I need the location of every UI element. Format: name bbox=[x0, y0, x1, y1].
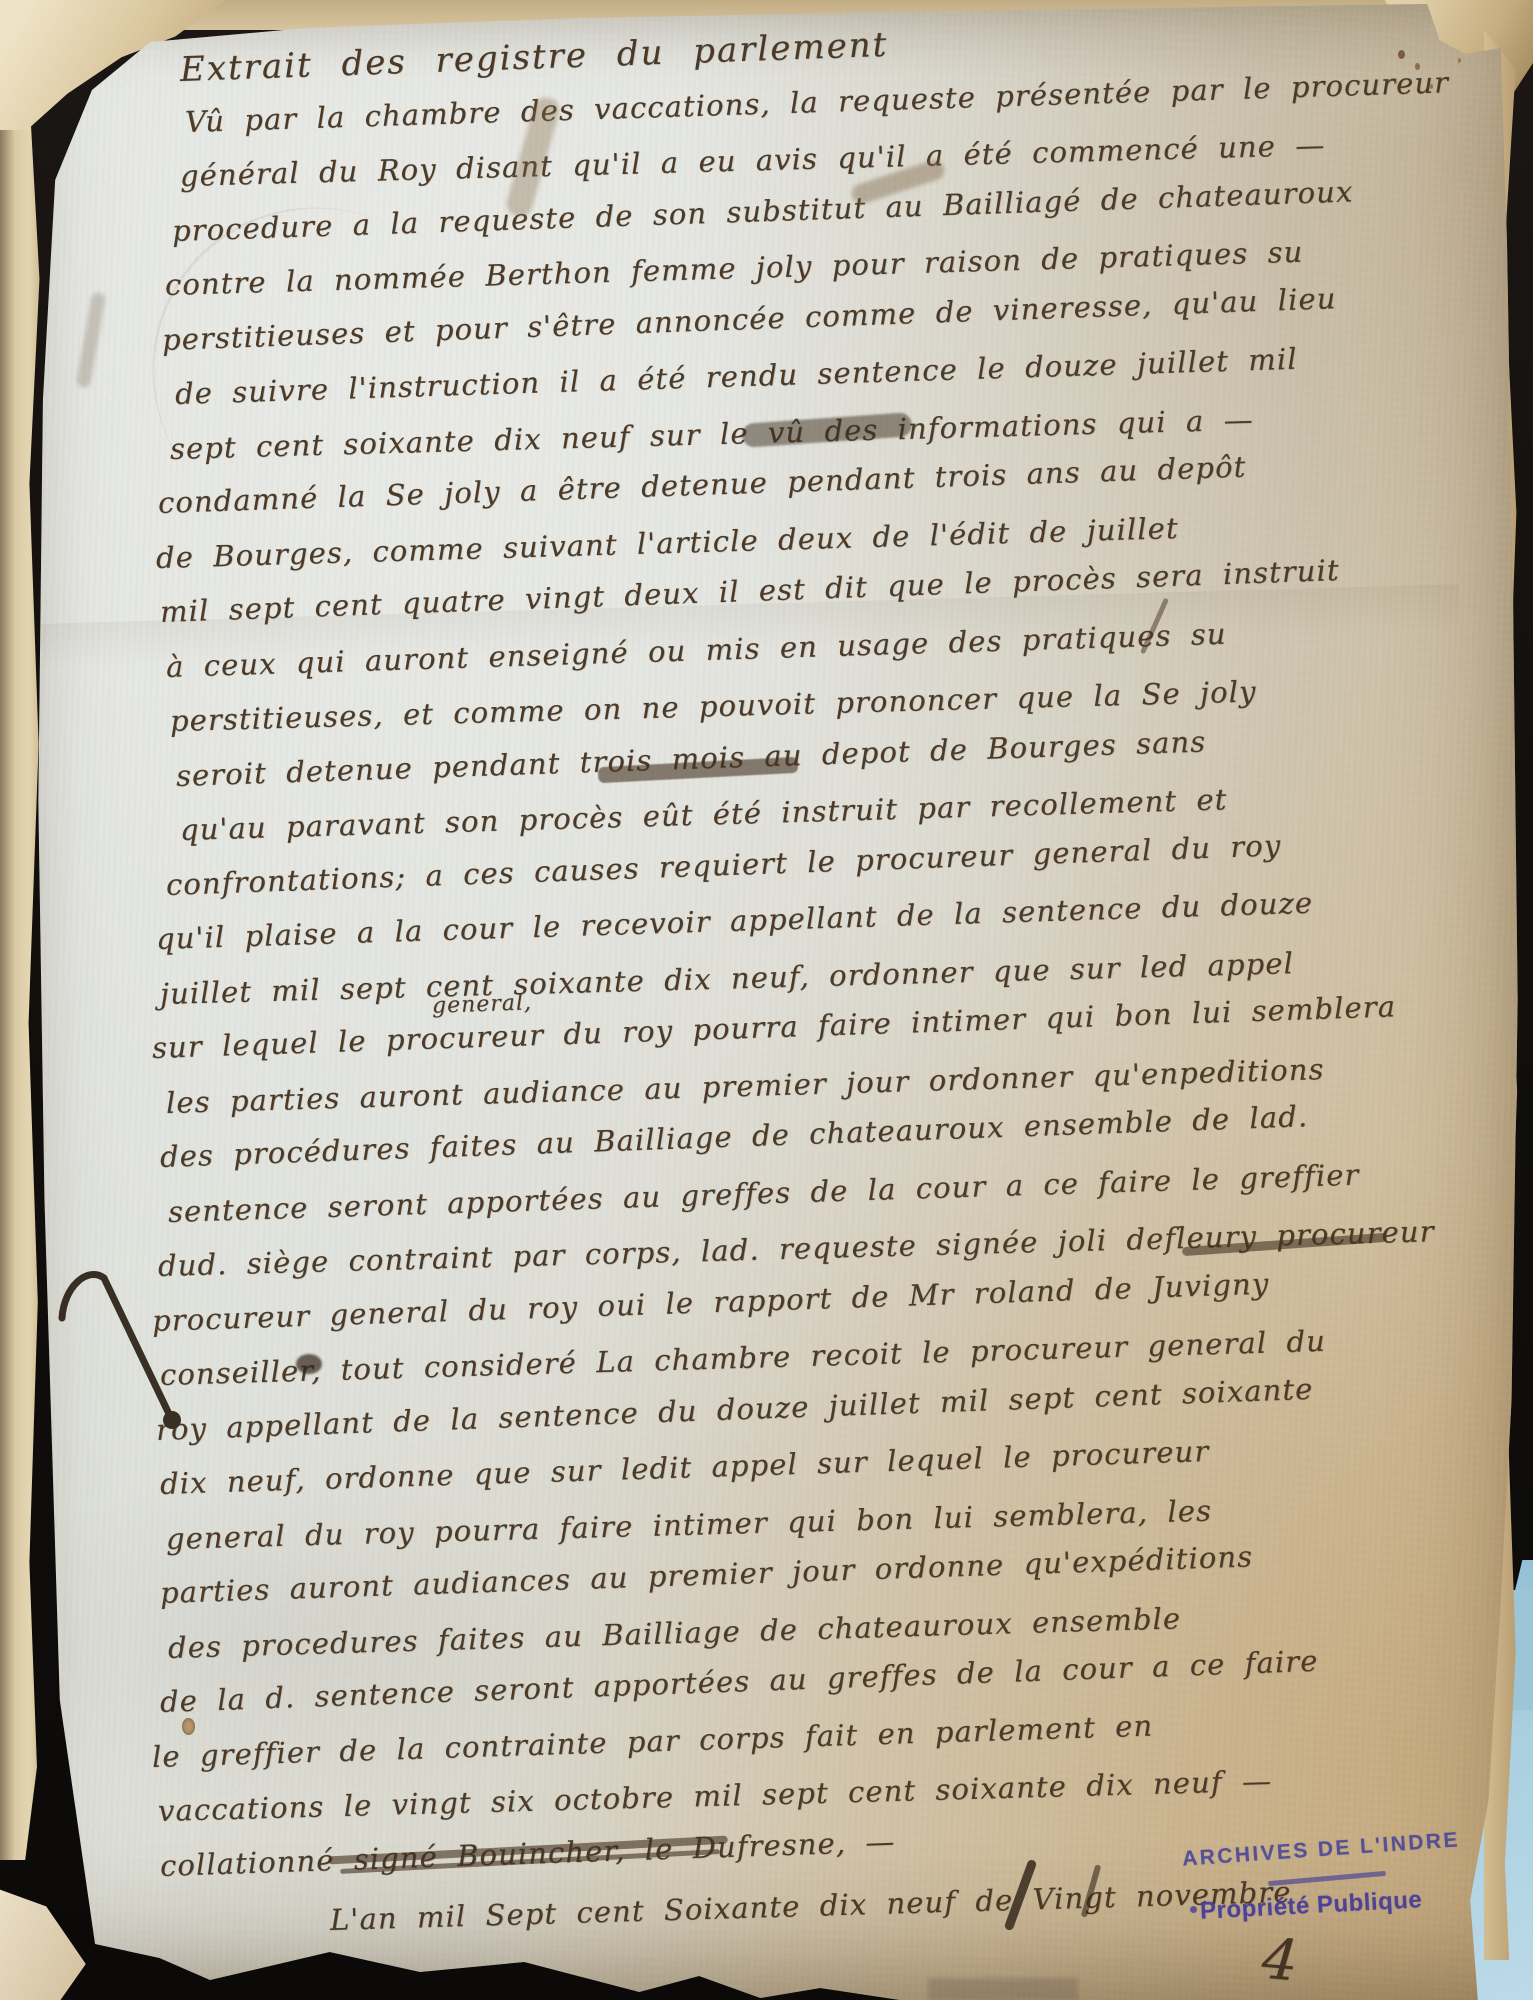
photograph-of-manuscript: Extrait des registre du parlementVû par … bbox=[0, 0, 1533, 2000]
table-surface-sliver bbox=[1513, 1590, 1533, 1710]
photo-vignette bbox=[0, 0, 1533, 2000]
manuscript-page: Extrait des registre du parlementVû par … bbox=[0, 0, 1533, 2000]
